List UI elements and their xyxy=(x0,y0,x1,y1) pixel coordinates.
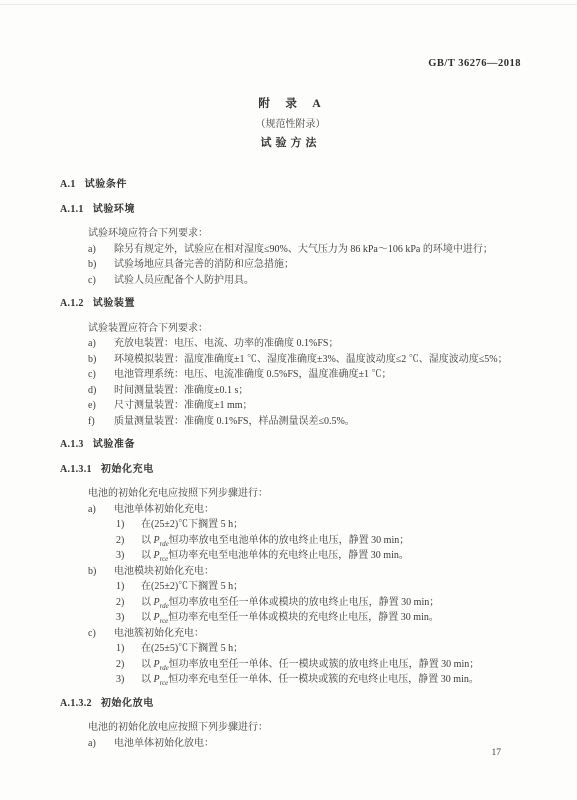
section-heading: A.1.1试验环境 xyxy=(60,202,521,218)
item-text: 试验人员应配备个人防护用具。 xyxy=(114,275,254,286)
item-text: 试验环境应符合下列要求： xyxy=(88,228,208,239)
numbered-item: 2)以 Prde恒功率放电至电池单体的放电终止电压，静置 30 min； xyxy=(60,533,521,549)
list-item: a)电池单体初始化充电： xyxy=(60,502,521,518)
item-label: 1) xyxy=(116,641,141,657)
item-text: 恒功率放电至任一单体、任一模块或簇的放电终止电压，静置 30 min； xyxy=(169,659,480,670)
numbered-item: 2)以 Prde恒功率放电至任一单体、任一模块或簇的放电终止电压，静置 30 m… xyxy=(60,657,521,673)
paragraph: 电池的初始化充电应按照下列步骤进行： xyxy=(60,486,521,502)
item-text: 除另有规定外，试验应在相对湿度≤90%、大气压力为 86 kPa～106 kPa… xyxy=(114,244,493,255)
item-text: 恒功率放电至电池单体的放电终止电压，静置 30 min； xyxy=(169,535,410,546)
item-label: 1) xyxy=(116,517,141,533)
section-number: A.1.3 xyxy=(60,439,84,450)
paragraph: 试验装置应符合下列要求： xyxy=(60,321,521,337)
item-text: 电池的初始化放电应按照下列步骤进行： xyxy=(88,722,268,733)
item-label: 3) xyxy=(116,610,141,626)
item-label: b) xyxy=(88,352,114,368)
item-label: b) xyxy=(88,564,114,580)
list-item: e)尺寸测量装置：准确度±1 mm； xyxy=(60,398,521,414)
list-item: a)充放电装置：电压、电流、功率的准确度 0.1%FS； xyxy=(60,336,521,352)
list-item: b)试验场地应具备完善的消防和应急措施； xyxy=(60,257,521,273)
item-text: 以 xyxy=(141,597,154,608)
list-item: c)电池簇初始化充电： xyxy=(60,626,521,642)
item-text: 充放电装置：电压、电流、功率的准确度 0.1%FS； xyxy=(114,338,338,349)
paragraph: 试验环境应符合下列要求： xyxy=(60,226,521,242)
list-item: c)试验人员应配备个人防护用具。 xyxy=(60,273,521,289)
item-label: 1) xyxy=(116,579,141,595)
numbered-item: 1)在(25±2)℃下搁置 5 h； xyxy=(60,579,521,595)
formula-symbol: Prce xyxy=(154,550,169,561)
item-label: a) xyxy=(88,736,114,752)
item-label: c) xyxy=(88,273,114,289)
list-item: a)除另有规定外，试验应在相对湿度≤90%、大气压力为 86 kPa～106 k… xyxy=(60,242,521,258)
numbered-item: 3)以 Prce恒功率充电至任一单体或模块的充电终止电压，静置 30 min。 xyxy=(60,610,521,626)
item-text: 质量测量装置：准确度 0.1%FS，样品测量误差≤0.5%。 xyxy=(114,416,355,427)
item-label: c) xyxy=(88,367,114,383)
item-text: 试验装置 xyxy=(93,298,135,309)
item-text: 初始化充电 xyxy=(101,464,154,475)
item-label: d) xyxy=(88,383,114,399)
list-item: c)电池管理系统：电压、电流准确度 0.5%FS，温度准确度±1 ℃； xyxy=(60,367,521,383)
appendix-title-block: 附 录 A （规范性附录） 试验方法 xyxy=(60,97,521,151)
scan-artifact-line xyxy=(0,4,577,5)
item-text: 在(25±2)℃下搁置 5 h； xyxy=(141,519,243,530)
numbered-item: 3)以 Prce恒功率充电至任一单体、任一模块或簇的充电终止电压，静置 30 m… xyxy=(60,672,521,688)
formula-symbol: Prde xyxy=(154,535,169,546)
numbered-item: 1)在(25±2)℃下搁置 5 h； xyxy=(60,517,521,533)
item-text: 时间测量装置：准确度±0.1 s； xyxy=(114,385,248,396)
appendix-title: 附 录 A xyxy=(60,97,521,112)
section-heading: A.1.3.2初始化放电 xyxy=(60,696,521,712)
formula-symbol: Prde xyxy=(154,597,169,608)
item-text: 以 xyxy=(141,535,154,546)
item-text: 以 xyxy=(141,612,154,623)
item-text: 在(25±2)℃下搁置 5 h； xyxy=(141,581,243,592)
formula-symbol: Prce xyxy=(154,612,169,623)
item-text: 电池簇初始化充电： xyxy=(114,628,204,639)
formula-symbol: Prde xyxy=(154,659,169,670)
item-label: c) xyxy=(88,626,114,642)
item-text: 尺寸测量装置：准确度±1 mm； xyxy=(114,400,253,411)
item-text: 电池的初始化充电应按照下列步骤进行： xyxy=(88,488,268,499)
paragraph: 电池的初始化放电应按照下列步骤进行： xyxy=(60,720,521,736)
appendix-section-title: 试验方法 xyxy=(60,136,521,151)
document-body: A.1试验条件A.1.1试验环境试验环境应符合下列要求：a)除另有规定外，试验应… xyxy=(60,177,521,751)
formula-symbol: Prce xyxy=(154,674,169,685)
page-number: 17 xyxy=(492,748,502,758)
item-text: 试验条件 xyxy=(85,179,127,190)
numbered-item: 1)在(25±5)℃下搁置 5 h； xyxy=(60,641,521,657)
item-label: 2) xyxy=(116,657,141,673)
item-text: 试验装置应符合下列要求： xyxy=(88,323,208,334)
item-text: 在(25±5)℃下搁置 5 h； xyxy=(141,643,243,654)
item-text: 环境模拟装置：温度准确度±1 ℃、湿度准确度±3%、温度波动度≤2 ℃、湿度波动… xyxy=(114,354,508,365)
section-heading: A.1.3试验准备 xyxy=(60,437,521,453)
item-text: 试验场地应具备完善的消防和应急措施； xyxy=(114,259,294,270)
item-text: 恒功率充电至任一单体或模块的充电终止电压，静置 30 min。 xyxy=(168,612,439,623)
item-text: 电池单体初始化充电： xyxy=(114,504,214,515)
item-label: a) xyxy=(88,242,114,258)
list-item: b)电池模块初始化充电： xyxy=(60,564,521,580)
item-text: 以 xyxy=(141,674,154,685)
numbered-item: 2)以 Prde恒功率放电至任一单体或模块的放电终止电压，静置 30 min； xyxy=(60,595,521,611)
item-label: f) xyxy=(88,414,114,430)
appendix-subtitle: （规范性附录） xyxy=(60,118,521,131)
item-text: 以 xyxy=(141,550,154,561)
item-text: 恒功率充电至电池单体的充电终止电压，静置 30 min。 xyxy=(168,550,409,561)
section-number: A.1.2 xyxy=(60,298,84,309)
item-text: 电池模块初始化充电： xyxy=(114,566,214,577)
item-text: 恒功率放电至任一单体或模块的放电终止电压，静置 30 min； xyxy=(169,597,440,608)
item-text: 初始化放电 xyxy=(101,698,154,709)
item-text: 试验准备 xyxy=(93,439,135,450)
section-heading: A.1试验条件 xyxy=(60,177,521,193)
item-text: 电池管理系统：电压、电流准确度 0.5%FS，温度准确度±1 ℃； xyxy=(114,369,391,380)
item-label: 3) xyxy=(116,548,141,564)
section-number: A.1.1 xyxy=(60,204,84,215)
list-item: a)电池单体初始化放电： xyxy=(60,736,521,752)
numbered-item: 3)以 Prce恒功率充电至电池单体的充电终止电压，静置 30 min。 xyxy=(60,548,521,564)
item-text: 恒功率充电至任一单体、任一模块或簇的充电终止电压，静置 30 min。 xyxy=(168,674,479,685)
section-number: A.1.3.1 xyxy=(60,464,92,475)
item-label: b) xyxy=(88,257,114,273)
item-label: 2) xyxy=(116,595,141,611)
item-label: a) xyxy=(88,502,114,518)
section-number: A.1.3.2 xyxy=(60,698,92,709)
item-label: a) xyxy=(88,336,114,352)
standard-number-header: GB/T 36276—2018 xyxy=(60,56,521,71)
section-heading: A.1.2试验装置 xyxy=(60,296,521,312)
item-label: e) xyxy=(88,398,114,414)
item-text: 试验环境 xyxy=(93,204,135,215)
section-heading: A.1.3.1初始化充电 xyxy=(60,462,521,478)
item-text: 电池单体初始化放电： xyxy=(114,738,214,749)
item-label: 2) xyxy=(116,533,141,549)
section-number: A.1 xyxy=(60,179,76,190)
list-item: b)环境模拟装置：温度准确度±1 ℃、湿度准确度±3%、温度波动度≤2 ℃、湿度… xyxy=(60,352,521,368)
item-text: 以 xyxy=(141,659,154,670)
list-item: f)质量测量装置：准确度 0.1%FS，样品测量误差≤0.5%。 xyxy=(60,414,521,430)
item-label: 3) xyxy=(116,672,141,688)
list-item: d)时间测量装置：准确度±0.1 s； xyxy=(60,383,521,399)
scanned-document-page: GB/T 36276—2018 附 录 A （规范性附录） 试验方法 A.1试验… xyxy=(0,0,577,800)
